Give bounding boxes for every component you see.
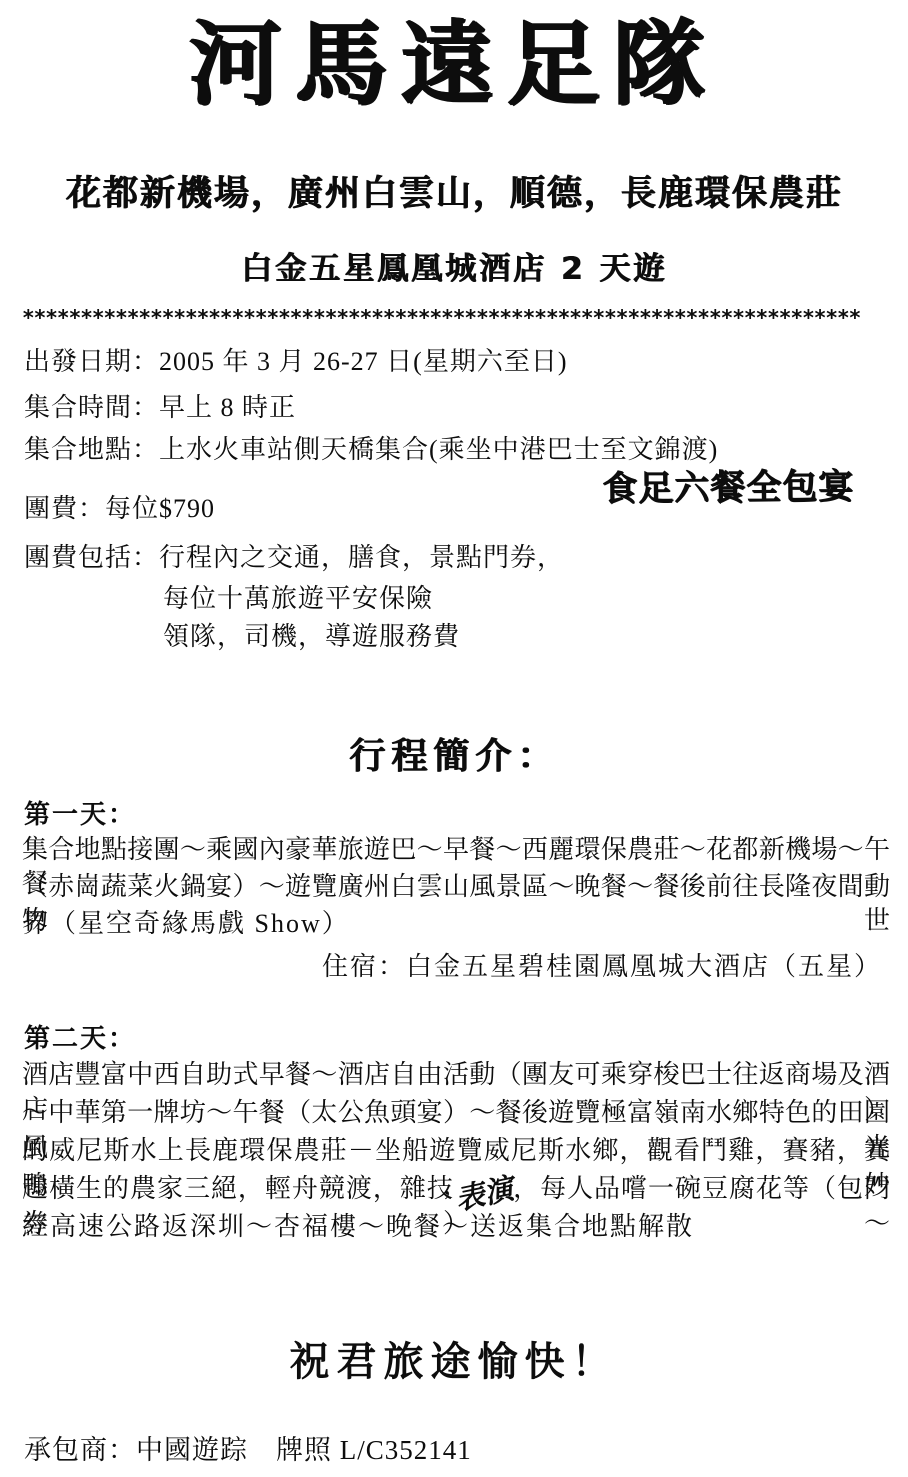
day2-paragraph: 酒店豐富中西自助式早餐～酒店自由活動（團友可乘穿梭巴士往返商場及酒店） ～中華第…	[22, 1057, 890, 1247]
day1-line-1: 集合地點接團～乘國內豪華旅遊巴～早餐～西麗環保農莊～花都新機場～午餐	[22, 833, 890, 870]
day1-line-2: （赤崗蔬菜火鍋宴）～遊覽廣州白雲山風景區～晚餐～餐後前往長隆夜間動物世	[22, 870, 890, 907]
closing-wish: 祝君旅途愉快！	[0, 1330, 908, 1387]
tour-name-subtitle: 白金五星鳳凰城酒店 2 天遊	[0, 243, 908, 288]
asterisk-divider: ****************************************…	[22, 306, 894, 330]
document-title: 河馬遠足隊	[0, 12, 908, 118]
day2-label: 第二天：	[24, 1018, 136, 1055]
day2-line-2: ～中華第一牌坊～午餐（太公魚頭宴）～餐後遊覽極富嶺南水鄉特色的田園風光	[22, 1095, 890, 1133]
contractor-license-line: 承包商：中國遊踪 牌照 L/C352141	[24, 1428, 472, 1467]
meeting-time-line: 集合時間：早上 8 時正	[24, 387, 296, 424]
day2-line-4-pre: 趣橫生的農家三絕，輕舟競渡，雜技	[22, 1174, 454, 1203]
day2-line-3: 的威尼斯水上長鹿環保農莊－坐船遊覽威尼斯水鄉，觀看鬥雞，賽豬，賽鴨，妙	[22, 1133, 890, 1171]
handwritten-meal-note: 食足六餐全包宴	[602, 459, 855, 512]
fee-includes-line-1: 團費包括：行程內之交通，膳食，景點門券，	[24, 537, 564, 574]
fee-price-line: 團費：每位$790	[24, 488, 215, 525]
day2-line-1: 酒店豐富中西自助式早餐～酒店自由活動（團友可乘穿梭巴士往返商場及酒店）	[22, 1057, 890, 1095]
scanned-tour-flyer: 河馬遠足隊 花都新機場，廣州白雲山，順德，長鹿環保農莊 白金五星鳳凰城酒店 2 …	[0, 0, 908, 1477]
accommodation-line: 住宿：白金五星碧桂園鳳凰城大酒店（五星）	[322, 946, 882, 983]
day1-label: 第一天：	[24, 794, 136, 831]
departure-date-line: 出發日期：2005 年 3 月 26-27 日(星期六至日)	[24, 341, 567, 378]
fee-includes-line-3: 領隊，司機，導遊服務費	[163, 616, 460, 653]
day2-line-4: 趣橫生的農家三絕，輕舟競渡，雜技表演，每人品嚐一碗豆腐花等（包門券）～	[22, 1171, 890, 1209]
itinerary-heading: 行程簡介：	[0, 728, 908, 779]
fee-includes-line-2: 每位十萬旅遊平安保險	[163, 578, 433, 615]
day1-paragraph: 集合地點接團～乘國內豪華旅遊巴～早餐～西麗環保農莊～花都新機場～午餐 （赤崗蔬菜…	[22, 833, 890, 944]
route-subtitle: 花都新機場，廣州白雲山，順德，長鹿環保農莊	[0, 166, 908, 216]
